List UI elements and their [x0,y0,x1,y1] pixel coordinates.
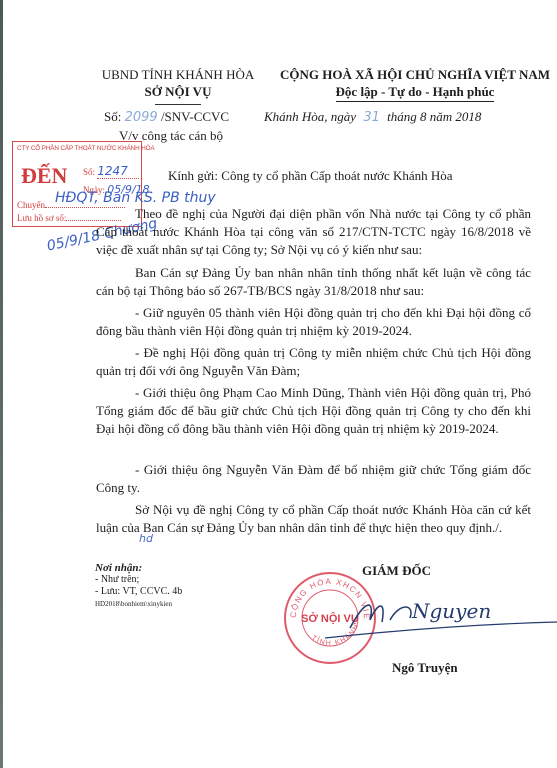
date-month: 8 [420,109,427,124]
body-paragraph: - Giới thiệu ông Nguyễn Văn Đàm để bổ nh… [96,461,531,497]
signature-text: Nguyen [411,599,491,623]
number-label: Số: [104,109,121,124]
body-paragraph: Ban Cán sự Đảng Ủy ban nhân nhân tỉnh th… [96,264,531,300]
recipients-block: Nơi nhận: - Như trên; - Lưu: VT, CCVC. 4… [95,562,182,610]
national-heading: CỘNG HOÀ XÃ HỘI CHỦ NGHĨA VIỆT NAM Độc l… [275,66,555,102]
country-name: CỘNG HOÀ XÃ HỘI CHỦ NGHĨA VIỆT NAM [275,66,555,83]
authority-name: UBND TỈNH KHÁNH HÒA [80,66,276,83]
year-label: năm [430,109,452,124]
signature: Nguyen [320,590,557,640]
body-paragraph: - Giữ nguyên 05 thành viên Hội đồng quản… [96,304,531,340]
number-suffix: /SNV-CCVC [161,109,229,124]
body-paragraph: - Giới thiệu ông Phạm Cao Minh Dũng, Thà… [96,384,531,438]
number-handwritten: 2099 [125,110,158,125]
recipient-item: - Như trên; [95,574,182,586]
document-number: Số: 2099 /SNV-CCVC [104,109,229,125]
stamp-number-value: 1247 [97,164,139,179]
body-paragraph: Sở Nội vụ đề nghị Công ty cổ phần Cấp th… [96,501,531,537]
date-line: Khánh Hòa, ngày 31 tháng 8 năm 2018 [264,109,481,125]
file-reference: HD2018\bonhiem\xinykien [95,598,182,610]
body-paragraph: Theo đề nghị của Người đại diện phần vốn… [96,205,531,259]
stamp-arrived: ĐẾN [21,163,67,189]
stamp-company: CTY CỔ PHẦN CẤP THOÁT NƯỚC KHÁNH HÒA [17,145,155,152]
date-prefix: Khánh Hòa, ngày [264,109,356,124]
forward-handwritten: HĐQT, Ban KS. PB thuy [55,190,216,206]
date-day: 31 [363,110,380,125]
national-motto: Độc lập - Tự do - Hạnh phúc [336,83,495,102]
body-paragraph: - Đề nghị Hội đồng quản trị Công ty miễn… [96,344,531,380]
scan-edge [0,0,3,768]
salutation: Kính gửi: Công ty cổ phần Cấp thoát nước… [168,168,453,184]
signer-name: Ngô Truyện [392,660,458,676]
date-year: 2018 [455,109,481,124]
recipients-title: Nơi nhận: [95,562,182,574]
stamp-forward-label: Chuyển [17,200,45,210]
stamp-number-label: Số: [83,167,95,177]
recipient-item: - Lưu: VT, CCVC. 4b [95,586,182,598]
initials: hd [139,532,153,545]
issuing-authority: UBND TỈNH KHÁNH HÒA SỞ NỘI VỤ [80,66,276,105]
header-divider [155,104,201,105]
stamp-archive-label: Lưu hồ sơ số: [17,213,66,223]
department-name: SỞ NỘI VỤ [80,83,276,100]
stamp-number-row: Số: 1247 [83,164,139,179]
month-label: tháng [387,109,417,124]
